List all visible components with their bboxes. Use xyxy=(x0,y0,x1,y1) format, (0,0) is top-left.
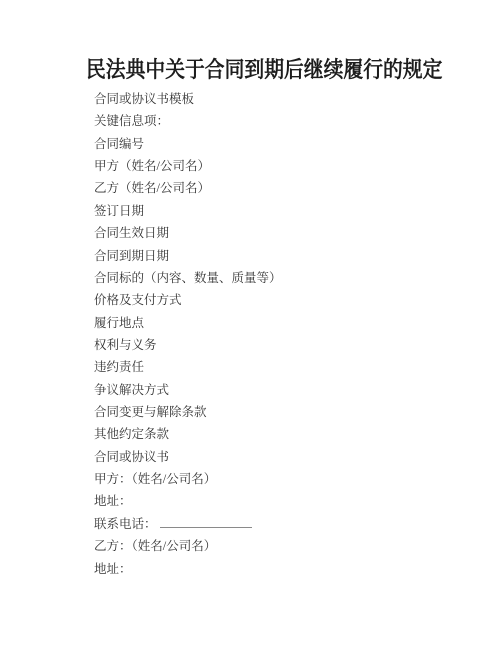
line-text: 其他约定条款 xyxy=(94,427,169,441)
line-text: 甲方（姓名/公司名） xyxy=(94,159,210,173)
line-text: 履行地点 xyxy=(94,316,144,330)
line-text: 价格及支付方式 xyxy=(94,293,182,307)
line-text: 合同生效日期 xyxy=(94,226,169,240)
line-text: 合同标的（内容、数量、质量等） xyxy=(94,271,282,285)
document-line: 权利与义务 xyxy=(94,334,480,356)
line-text: 权利与义务 xyxy=(94,338,157,352)
document-line: 合同生效日期 xyxy=(94,222,480,244)
document-line: 争议解决方式 xyxy=(94,379,480,401)
document-line: 履行地点 xyxy=(94,312,480,334)
document-line: 合同或协议书 xyxy=(94,446,480,468)
page-title: 民法典中关于合同到期后继续履行的规定 xyxy=(86,51,442,89)
document-line: 关键信息项： xyxy=(94,110,480,132)
line-text: 合同或协议书模板 xyxy=(94,92,194,106)
document-line: 乙方（姓名/公司名） xyxy=(94,177,480,199)
document-line: 乙方：（姓名/公司名） xyxy=(94,535,480,557)
line-text: 关键信息项： xyxy=(94,114,169,128)
line-text: 甲方：（姓名/公司名） xyxy=(94,472,216,486)
document-line: 价格及支付方式 xyxy=(94,289,480,311)
document-line: 地址： xyxy=(94,558,480,580)
document-body: 合同或协议书模板 关键信息项： 合同编号 甲方（姓名/公司名） 乙方（姓名/公司… xyxy=(94,88,480,580)
line-text: 争议解决方式 xyxy=(94,383,169,397)
line-text: 地址： xyxy=(94,562,132,576)
document-line: 甲方（姓名/公司名） xyxy=(94,155,480,177)
document-line: 合同变更与解除条款 xyxy=(94,401,480,423)
fill-in-blank-line xyxy=(160,516,252,528)
document-line: 甲方：（姓名/公司名） xyxy=(94,468,480,490)
line-text: 地址： xyxy=(94,494,132,508)
line-text: 联系电话： xyxy=(94,517,157,531)
document-page: 民法典中关于合同到期后继续履行的规定 合同或协议书模板 关键信息项： 合同编号 … xyxy=(0,0,500,647)
line-text: 违约责任 xyxy=(94,360,144,374)
line-text: 合同变更与解除条款 xyxy=(94,405,207,419)
line-text: 合同或协议书 xyxy=(94,450,169,464)
document-line: 联系电话： xyxy=(94,513,480,535)
line-text: 乙方（姓名/公司名） xyxy=(94,181,210,195)
line-text: 签订日期 xyxy=(94,204,144,218)
document-line: 违约责任 xyxy=(94,356,480,378)
line-text: 合同编号 xyxy=(94,137,144,151)
document-line: 签订日期 xyxy=(94,200,480,222)
document-line: 合同标的（内容、数量、质量等） xyxy=(94,267,480,289)
document-line: 合同到期日期 xyxy=(94,245,480,267)
document-line: 地址： xyxy=(94,490,480,512)
document-line: 合同编号 xyxy=(94,133,480,155)
document-line: 其他约定条款 xyxy=(94,423,480,445)
line-text: 合同到期日期 xyxy=(94,249,169,263)
line-text: 乙方：（姓名/公司名） xyxy=(94,539,216,553)
document-line: 合同或协议书模板 xyxy=(94,88,480,110)
